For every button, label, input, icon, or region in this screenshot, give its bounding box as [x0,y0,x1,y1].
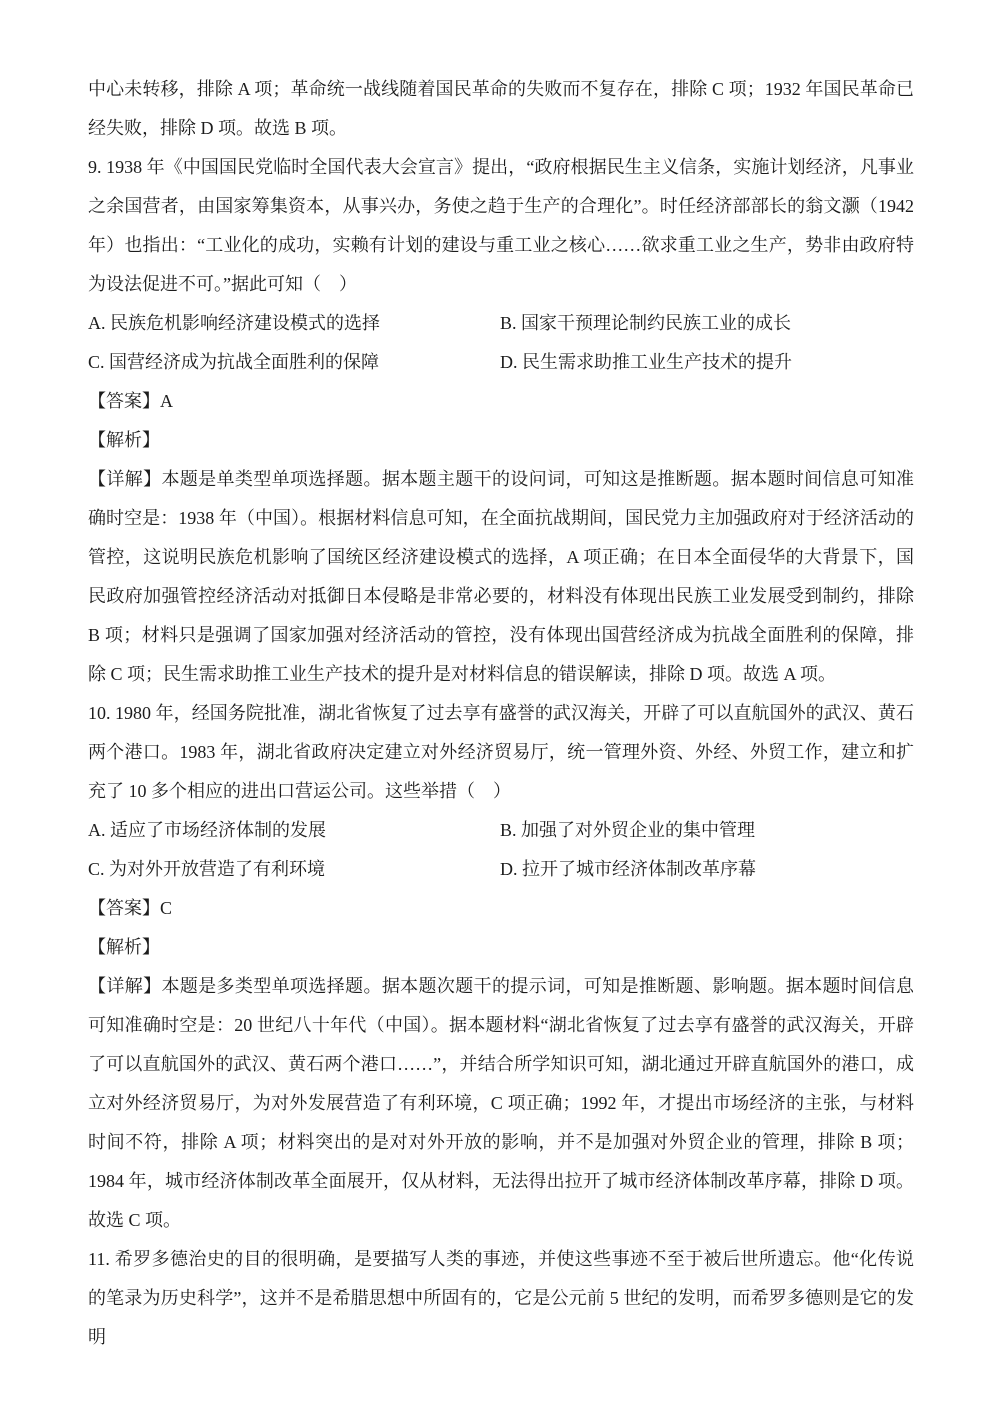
q11-stem-partial: 11. 希罗多德治史的目的很明确，是要描写人类的事迹，并使这些事迹不至于被后世所… [88,1240,914,1357]
q9-option-d: D. 民生需求助推工业生产技术的提升 [500,343,914,382]
q10-answer-line: 【答案】C [88,889,914,928]
q10-option-b: B. 加强了对外贸企业的集中管理 [500,811,914,850]
q10-option-d: D. 拉开了城市经济体制改革序幕 [500,850,914,889]
q9-answer-line: 【答案】A [88,382,914,421]
q9-options-row-2: C. 国营经济成为抗战全面胜利的保障 D. 民生需求助推工业生产技术的提升 [88,343,914,382]
q9-option-c: C. 国营经济成为抗战全面胜利的保障 [88,343,500,382]
q10-analysis-label: 【解析】 [88,928,914,967]
q8-explanation-tail: 中心未转移，排除 A 项；革命统一战线随着国民革命的失败而不复存在，排除 C 项… [88,70,914,148]
q10-stem: 10. 1980 年，经国务院批准，湖北省恢复了过去享有盛誉的武汉海关，开辟了可… [88,694,914,811]
q9-explanation: 【详解】本题是单类型单项选择题。据本题主题干的设问词，可知这是推断题。据本题时间… [88,460,914,694]
q9-answer-value: A [160,391,173,411]
q10-option-c: C. 为对外开放营造了有利环境 [88,850,500,889]
q9-option-a: A. 民族危机影响经济建设模式的选择 [88,304,500,343]
q10-answer-value: C [160,898,172,918]
exam-document-page: 中心未转移，排除 A 项；革命统一战线随着国民革命的失败而不复存在，排除 C 项… [0,0,1000,1414]
q9-option-b: B. 国家干预理论制约民族工业的成长 [500,304,914,343]
q10-option-a: A. 适应了市场经济体制的发展 [88,811,500,850]
q10-explanation: 【详解】本题是多类型单项选择题。据本题次题干的提示词，可知是推断题、影响题。据本… [88,967,914,1240]
q9-analysis-label: 【解析】 [88,421,914,460]
q10-answer-label: 【答案】 [88,898,160,918]
q10-options-row-1: A. 适应了市场经济体制的发展 B. 加强了对外贸企业的集中管理 [88,811,914,850]
q9-answer-label: 【答案】 [88,391,160,411]
q9-options-row-1: A. 民族危机影响经济建设模式的选择 B. 国家干预理论制约民族工业的成长 [88,304,914,343]
q10-options-row-2: C. 为对外开放营造了有利环境 D. 拉开了城市经济体制改革序幕 [88,850,914,889]
q9-stem: 9. 1938 年《中国国民党临时全国代表大会宣言》提出，“政府根据民生主义信条… [88,148,914,304]
